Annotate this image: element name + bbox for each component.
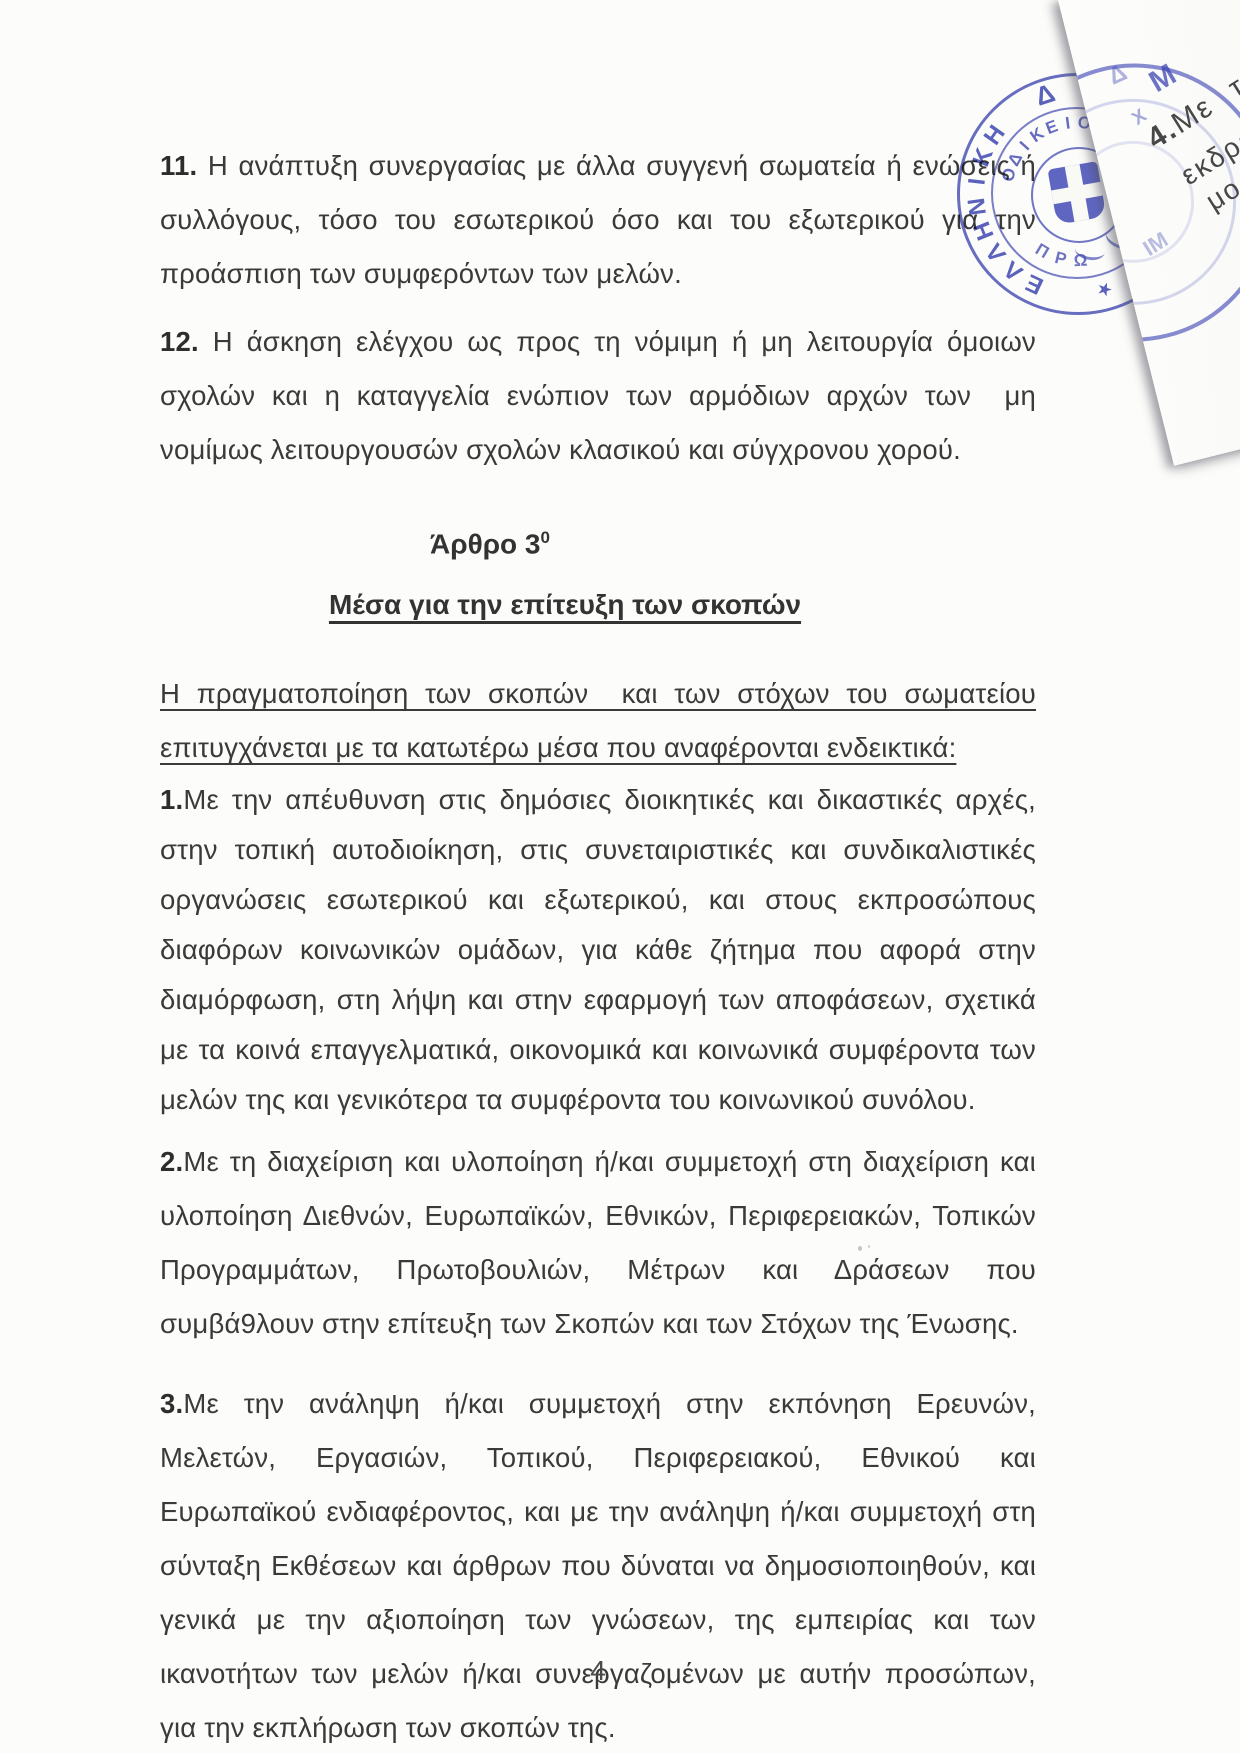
intro-text: Η πραγματοποίηση των σκοπών και των στόχ…: [160, 678, 1036, 763]
item-text: Με την απέυθυνση στις δημόσιες διοικητικ…: [160, 784, 1036, 1115]
scanned-document-page: { "document": { "page_number": "4", "ite…: [0, 0, 1240, 1753]
greek-coat-of-arms-icon: [1048, 161, 1107, 225]
paragraph-means-2: 2.Με τη διαχείριση και υλοποίηση ή/και σ…: [160, 1135, 1036, 1351]
item-number: 11.: [160, 150, 197, 181]
item-text: Με την ανάληψη ή/και συμμετοχή στην εκπό…: [160, 1388, 1036, 1743]
item-number: 1.: [160, 784, 183, 815]
item-number: 12.: [160, 326, 199, 357]
paragraph-item-12: 12. Η άσκηση ελέγχου ως προς τη νόμιμη ή…: [160, 315, 1036, 477]
paragraph-means-3: 3.Με την ανάληψη ή/και συμμετοχή στην εκ…: [160, 1377, 1036, 1753]
paragraph-means-1: 1.Με την απέυθυνση στις δημόσιες διοικητ…: [160, 775, 1036, 1125]
item-number: 3.: [160, 1388, 183, 1419]
page-number: 4: [160, 1655, 1036, 1687]
article-heading-label: Άρθρο 3: [430, 528, 540, 559]
intro-paragraph: Η πραγματοποίηση των σκοπών και των στόχ…: [160, 667, 1036, 775]
item-text: Η άσκηση ελέγχου ως προς τη νόμιμη ή μη …: [160, 326, 1036, 465]
item-text: Η ανάπτυξη συνεργασίας με άλλα συγγενή σ…: [160, 150, 1036, 289]
scan-artifact: [858, 1246, 862, 1251]
article-heading-superscript: 0: [541, 528, 550, 547]
section-heading: Μέσα για την επίτευξη των σκοπών: [160, 578, 970, 632]
item-number: 2.: [160, 1146, 183, 1177]
stamp-arc-letter: Ω: [1073, 251, 1088, 272]
article-heading: Άρθρο 30: [160, 511, 820, 571]
paragraph-item-11: 11. Η ανάπτυξη συνεργασίας με άλλα συγγε…: [160, 139, 1036, 301]
item-text: Με τη διαχείριση και υλοποίηση ή/και συμ…: [160, 1146, 1036, 1339]
